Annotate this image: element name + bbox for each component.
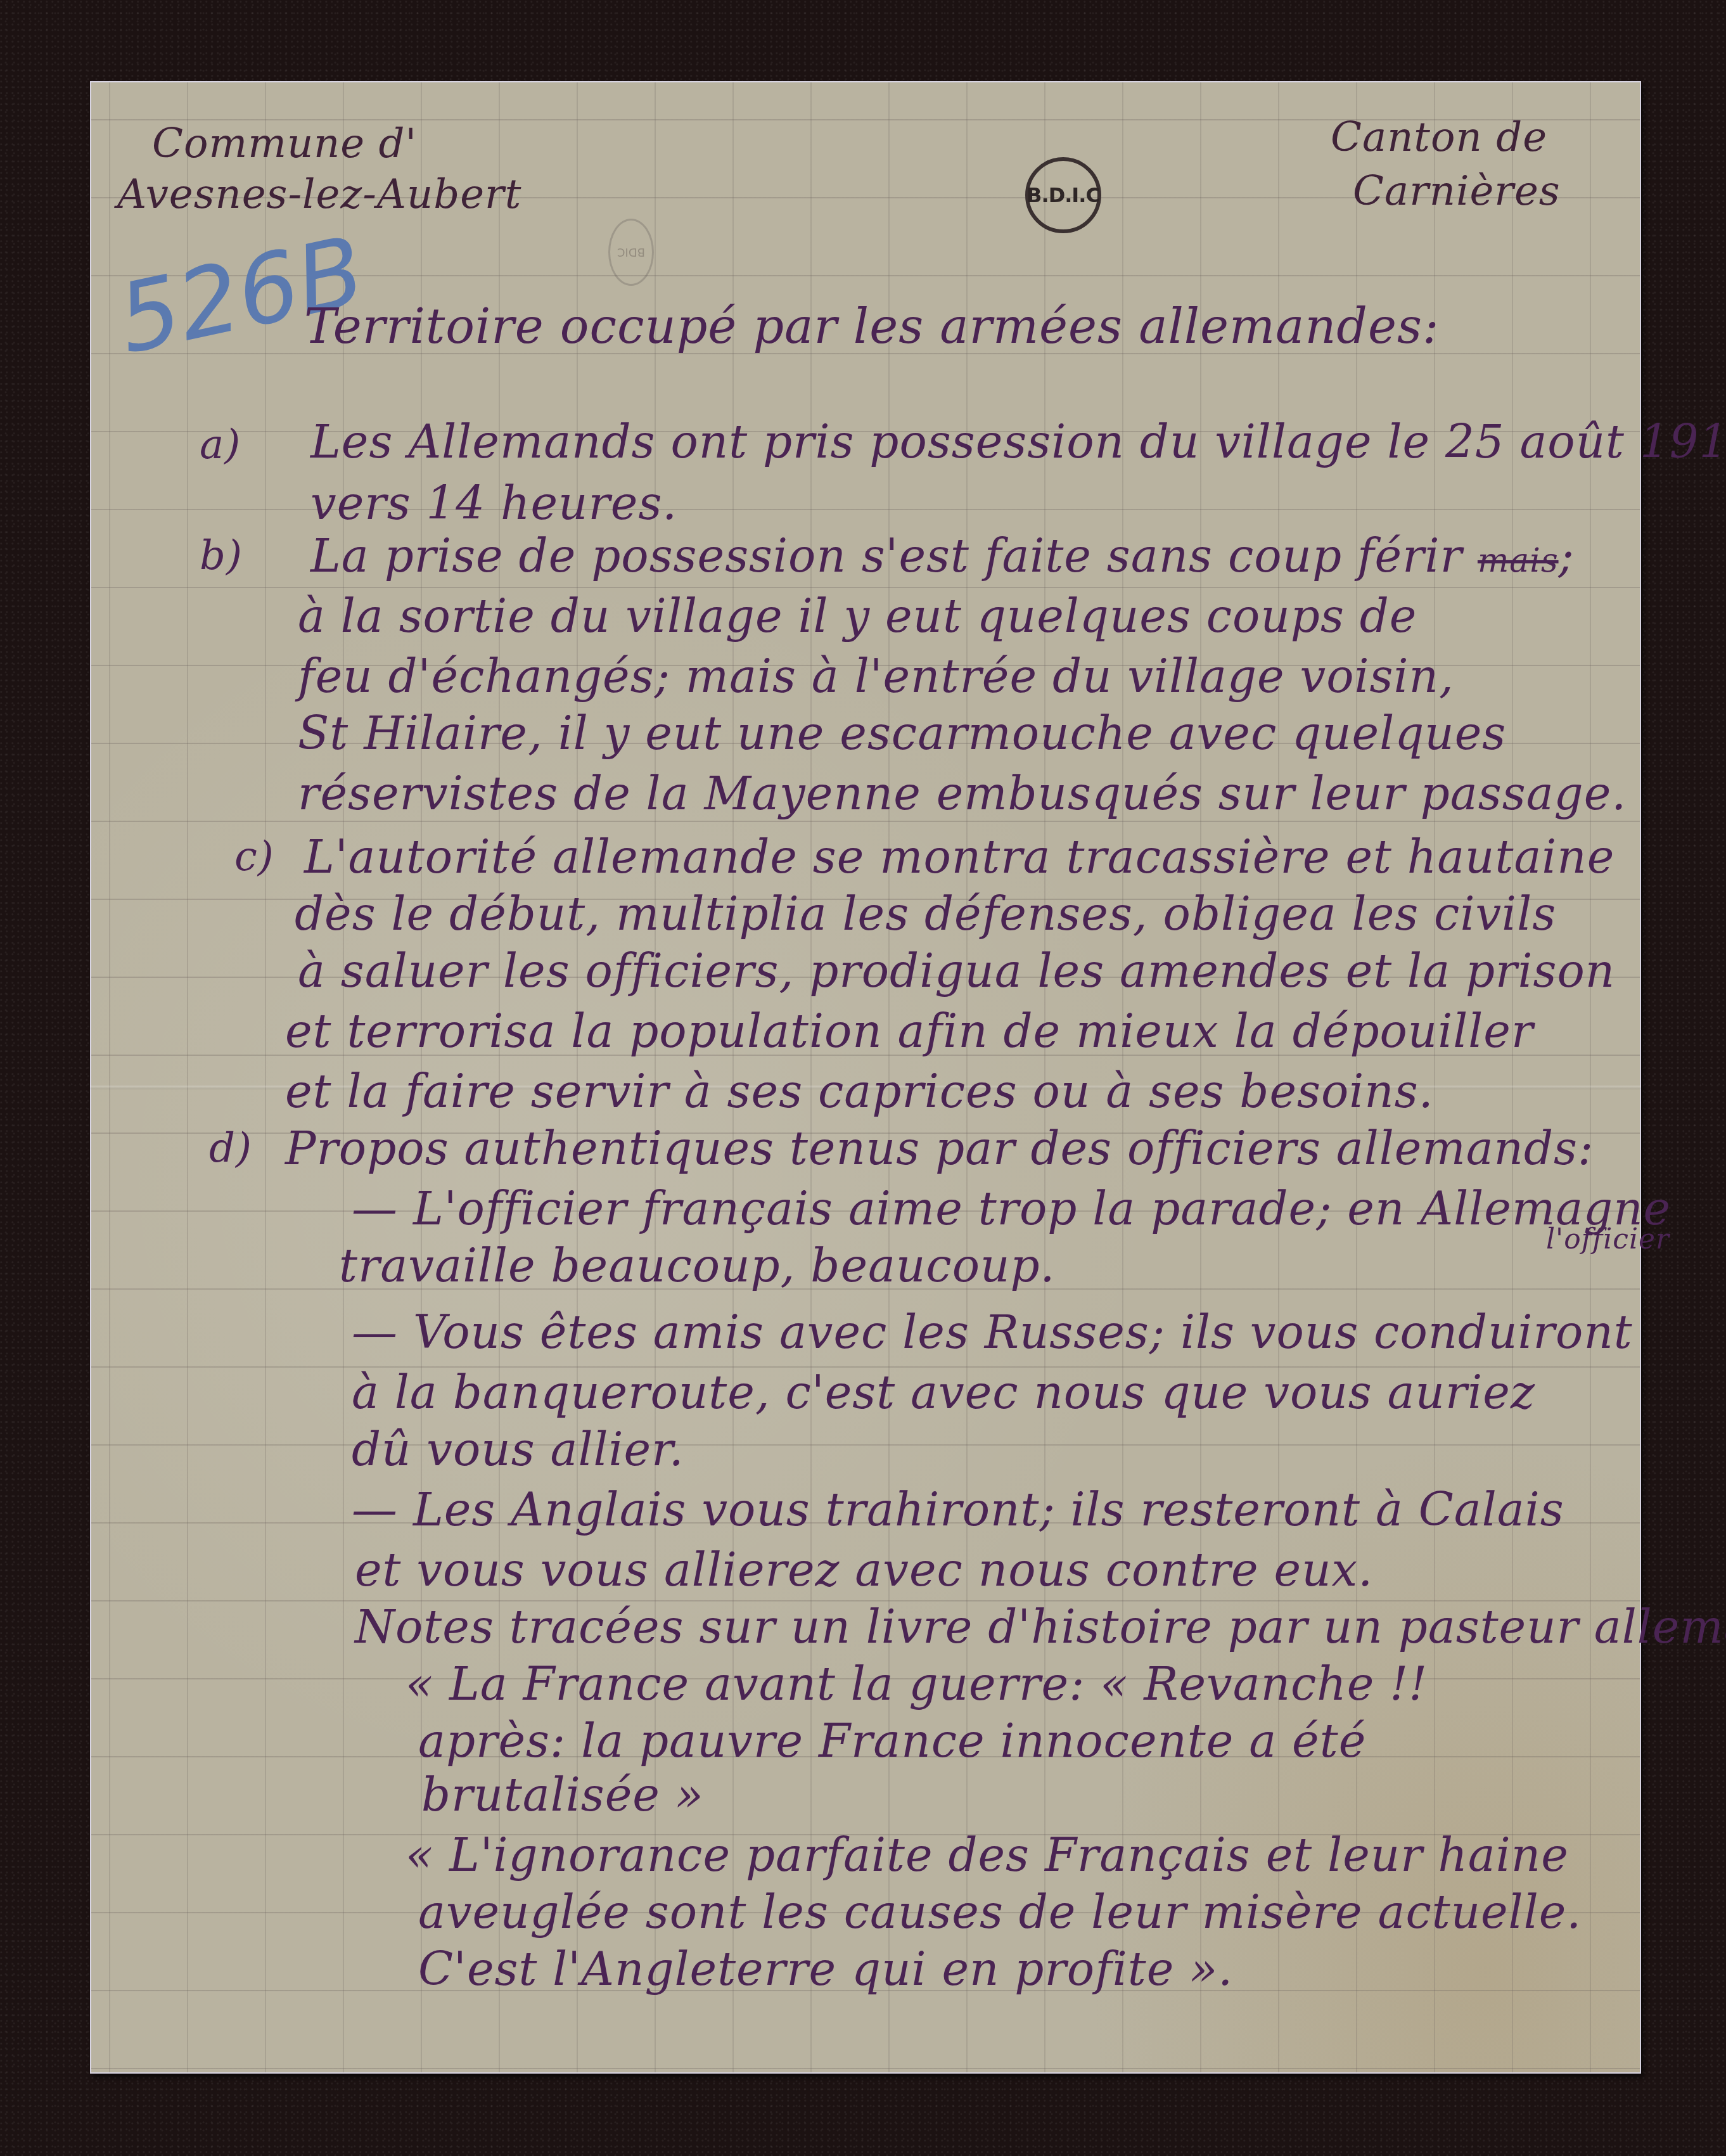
section-d-line-5: à la banqueroute, c'est avec nous que vo… xyxy=(352,1366,1535,1419)
struck-word: mais xyxy=(1478,542,1559,580)
section-d-line-10: « La France avant la guerre: « Revanche … xyxy=(406,1657,1428,1710)
section-b-line-4: St Hilaire, il y eut une escarmouche ave… xyxy=(298,707,1506,760)
section-b-line-1: La prise de possession s'est faite sans … xyxy=(310,529,1575,582)
document-title: Territoire occupé par les armées alleman… xyxy=(304,298,1440,354)
section-b-line-3: feu d'échangés; mais à l'entrée du villa… xyxy=(298,650,1454,703)
commune-label: Commune d' xyxy=(152,120,417,167)
section-marker-d: d) xyxy=(209,1125,252,1172)
section-d-line-6: dû vous allier. xyxy=(352,1423,684,1476)
section-d-line-14: aveuglée sont les causes de leur misère … xyxy=(418,1885,1582,1939)
section-a-line-1: Les Allemands ont pris possession du vil… xyxy=(310,415,1726,468)
section-c-line-2: dès le début, multiplia les défenses, ob… xyxy=(295,887,1556,940)
section-marker-c: c) xyxy=(234,833,274,880)
section-c-line-5: et la faire servir à ses caprices ou à s… xyxy=(285,1065,1434,1118)
section-b-line-5: réservistes de la Mayenne embusqués sur … xyxy=(298,767,1627,820)
canton-label: Canton de xyxy=(1331,114,1547,161)
section-d-line-11: après: la pauvre France innocente a été xyxy=(418,1714,1366,1768)
section-d-line-4: — Vous êtes amis avec les Russes; ils vo… xyxy=(352,1306,1633,1359)
section-d-line-13: « L'ignorance parfaite des Français et l… xyxy=(406,1828,1569,1882)
commune-name: Avesnes-lez-Aubert xyxy=(117,171,521,218)
canton-name: Carnières xyxy=(1353,168,1561,215)
section-d-line-2: — L'officier français aime trop la parad… xyxy=(352,1182,1671,1235)
section-d-line-7: — Les Anglais vous trahiront; ils rester… xyxy=(352,1483,1564,1536)
ghost-stamp-bleedthrough: BDIC xyxy=(608,219,654,286)
inserted-word: l'officier xyxy=(1546,1223,1670,1255)
section-c-line-3: à saluer les officiers, prodigua les ame… xyxy=(298,944,1615,998)
section-c-line-1: L'autorité allemande se montra tracassiè… xyxy=(304,830,1614,883)
section-d-line-9: Notes tracées sur un livre d'histoire pa… xyxy=(355,1600,1726,1653)
section-b-line-2: à la sortie du village il y eut quelques… xyxy=(298,589,1417,643)
section-d-line-1: Propos authentiques tenus par des offici… xyxy=(285,1122,1594,1175)
section-a-line-2: vers 14 heures. xyxy=(310,477,677,530)
section-d-line-3: travaille beaucoup, beaucoup. xyxy=(339,1239,1055,1292)
section-marker-a: a) xyxy=(200,421,241,468)
stamp-text: B.D.I.C xyxy=(1026,183,1100,207)
section-d-line-15: C'est l'Angleterre qui en profite ». xyxy=(418,1942,1233,1996)
section-marker-b: b) xyxy=(200,532,243,579)
section-c-line-4: et terrorisa la population afin de mieux… xyxy=(285,1004,1533,1058)
bdic-stamp: B.D.I.C xyxy=(1025,157,1101,233)
section-d-line-8: et vous vous allierez avec nous contre e… xyxy=(355,1543,1373,1596)
section-d-line-12: brutalisée » xyxy=(421,1768,704,1821)
